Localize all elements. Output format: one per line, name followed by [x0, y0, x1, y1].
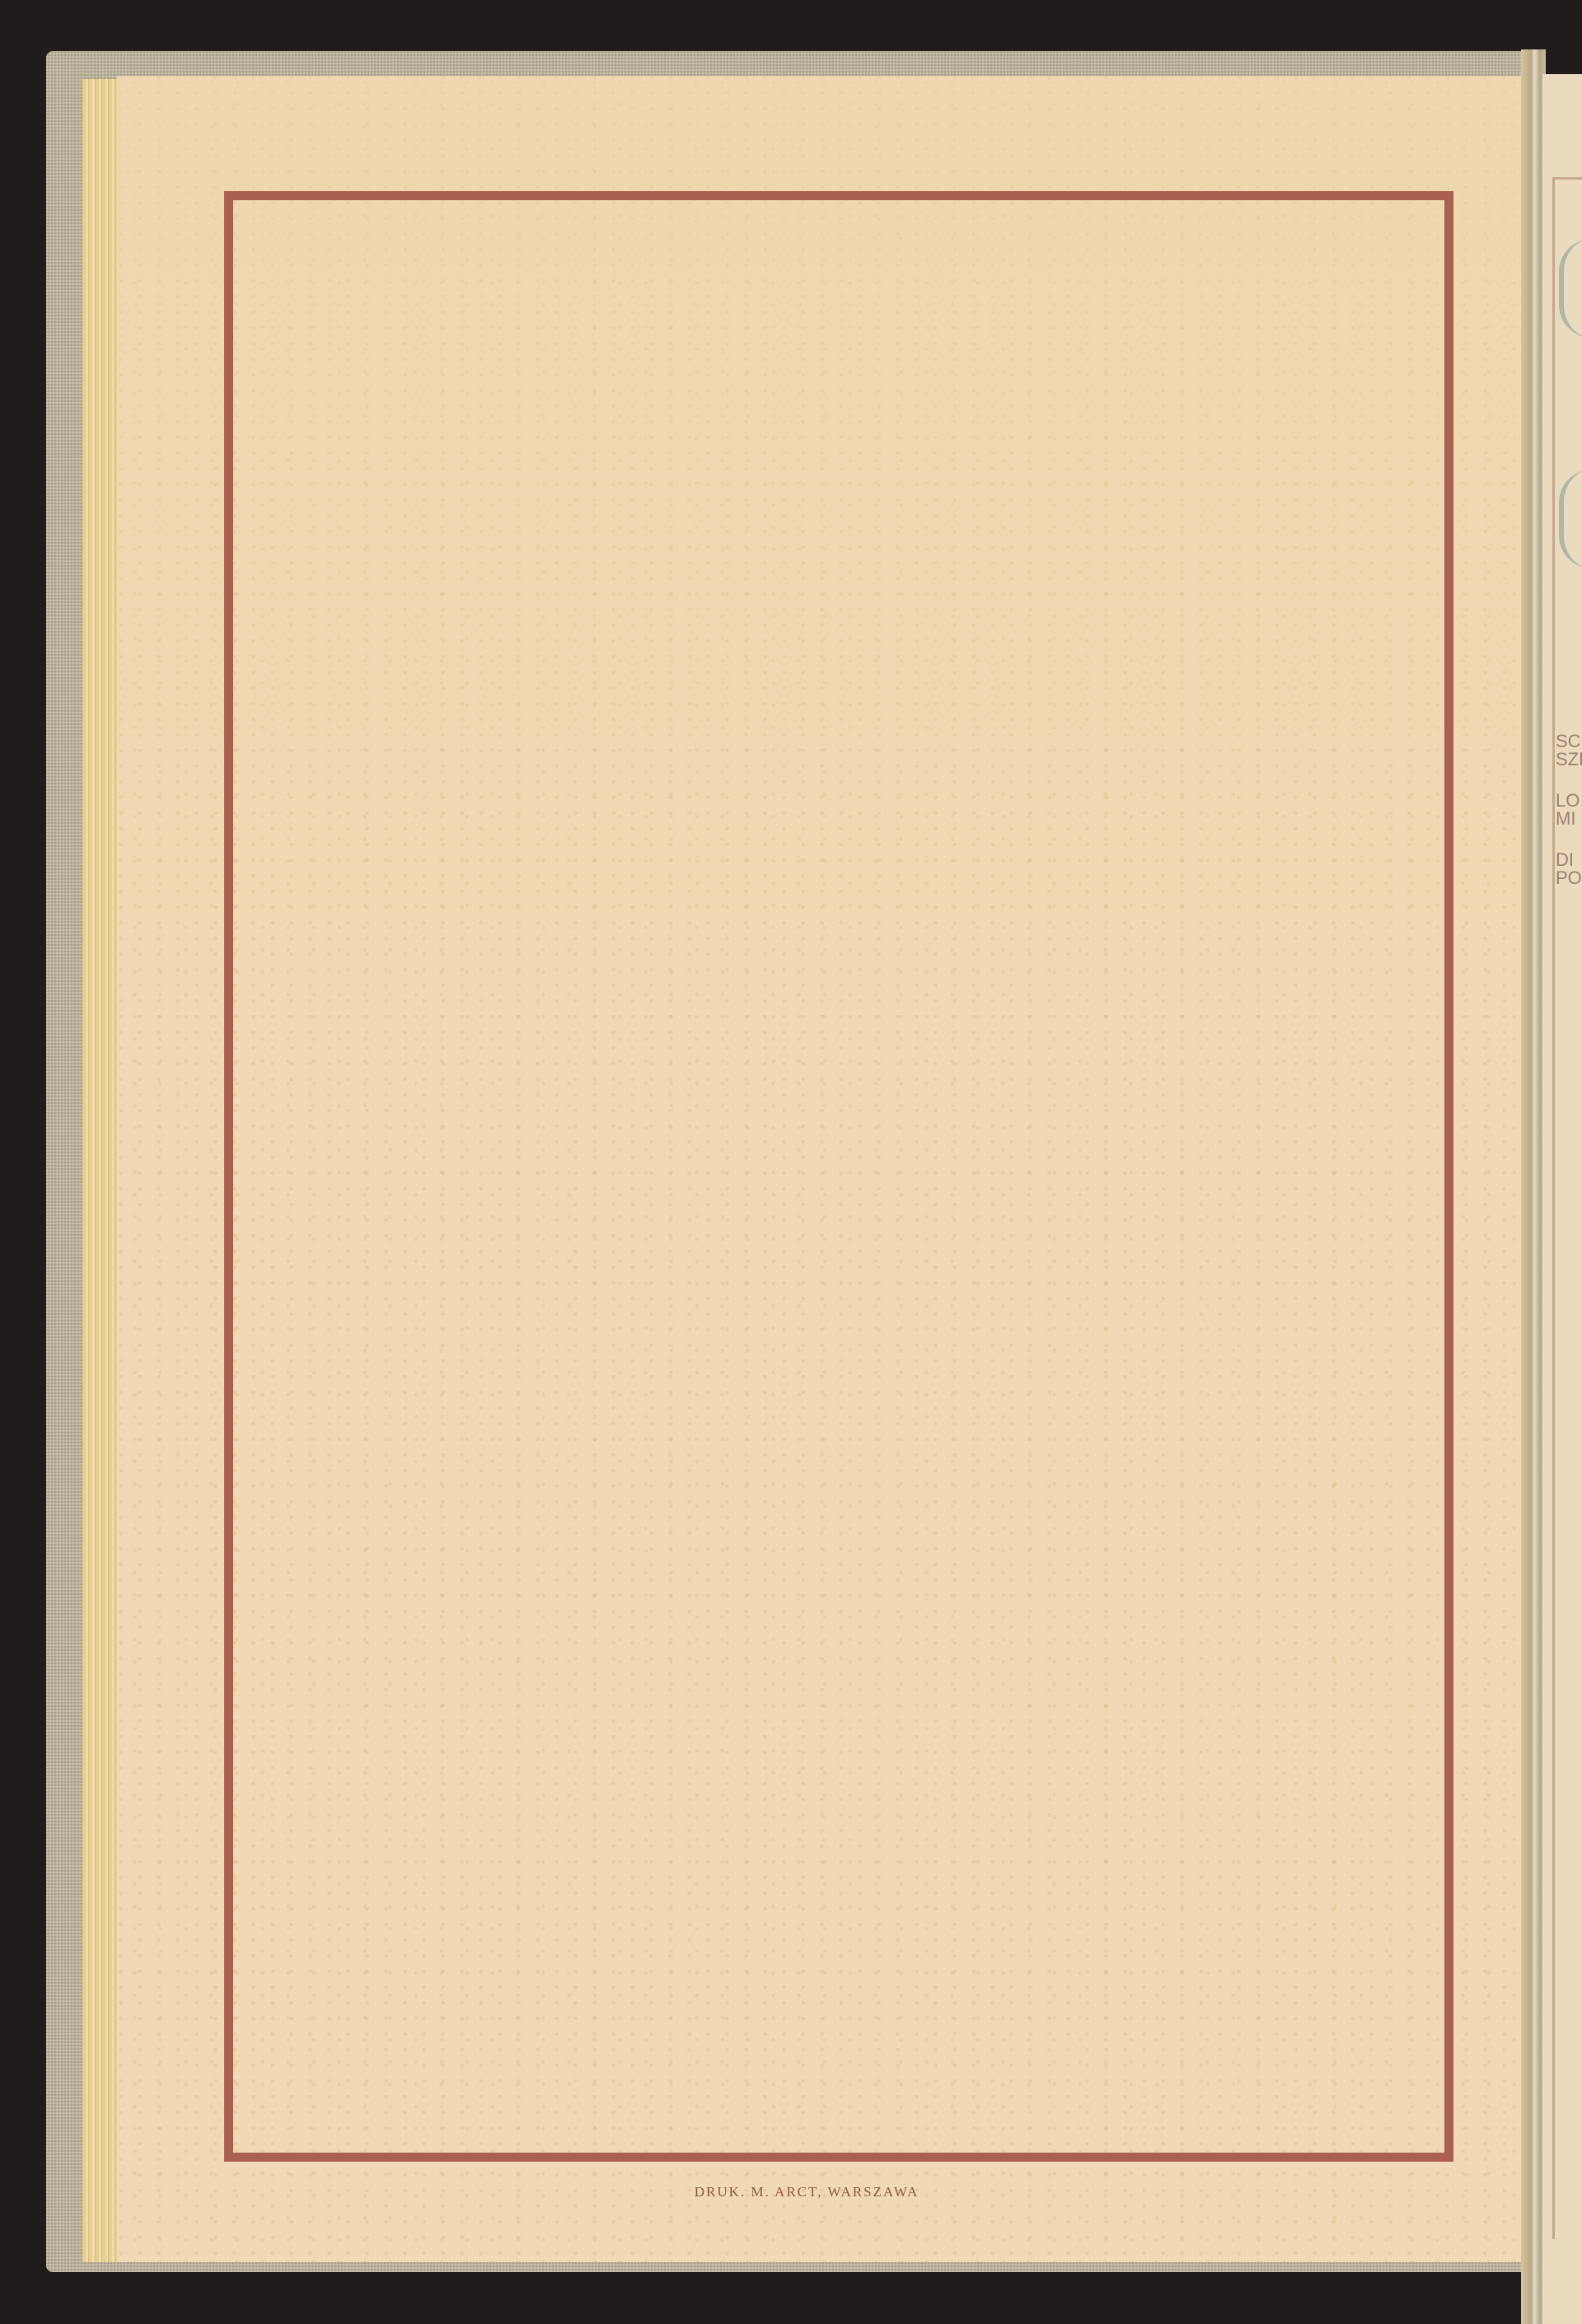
adjacent-page-edge: SCH SZK LO MI DI PO — [1542, 74, 1582, 2324]
adjacent-text-fragment: DI — [1556, 852, 1582, 868]
page-block-edges — [82, 79, 119, 2262]
adjacent-text-fragment: PO — [1556, 870, 1582, 886]
adjacent-text-fragment: LO — [1556, 793, 1582, 809]
printed-red-frame — [224, 191, 1453, 2162]
adjacent-text-fragment: MI — [1556, 811, 1582, 827]
adjacent-text-fragment: SCH — [1556, 733, 1582, 750]
adjacent-text-fragment: SZK — [1556, 751, 1582, 768]
printer-imprint: DRUK. M. ARCT, WARSZAWA — [0, 2184, 1582, 2200]
